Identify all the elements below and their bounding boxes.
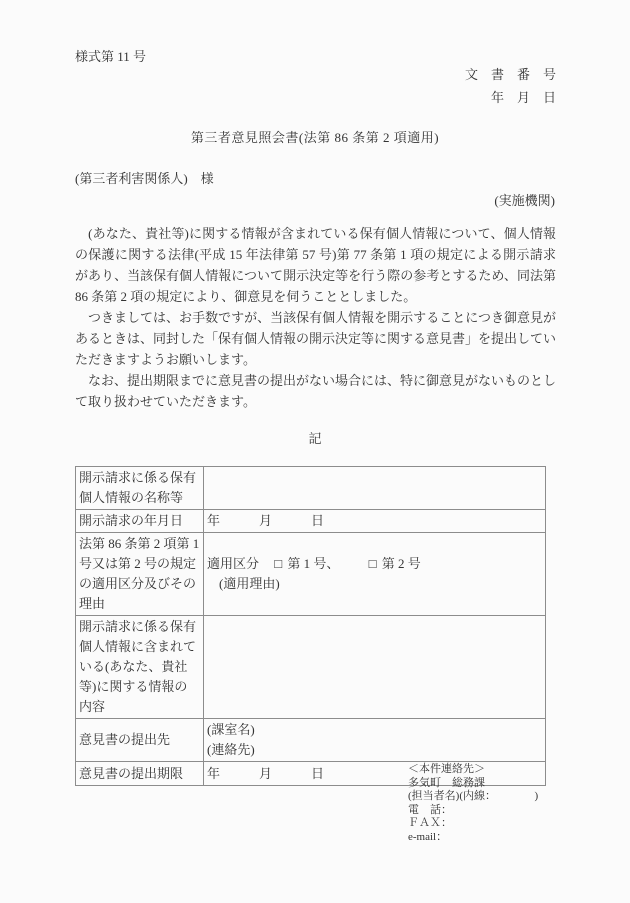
row-label: 意見書の提出期限	[76, 762, 204, 786]
paragraph-3: なお、提出期限までに意見書の提出がない場合には、特に御意見がないものとして取り扱…	[75, 370, 556, 412]
row-label: 法第 86 条第 2 項第 1 号又は第 2 号の規定の適用区分及びその理由	[76, 533, 204, 616]
contact-person: (担当者名)(内線： )	[408, 790, 538, 804]
request-info-table: 開示請求に係る保有個人情報の名称等 開示請求の年月日 年 月 日 法第 86 条…	[75, 466, 546, 786]
date-placeholder: 年 月 日	[491, 87, 556, 106]
section-name-label: (課室名)	[207, 720, 542, 740]
contact-label: (連絡先)	[207, 740, 542, 760]
document-page: 様式第 11 号 文 書 番 号 年 月 日 第三者意見照会書(法第 86 条第…	[0, 0, 630, 903]
addressee-line: (第三者利害関係人) 様	[75, 168, 214, 187]
paragraph-2: つきましては、お手数ですが、当該保有個人情報を開示することにつき御意見があるとき…	[75, 307, 556, 370]
contact-office: 多気町 総務課	[408, 777, 538, 791]
body-text: (あなた、貴社等)に関する情報が含まれている保有個人情報について、個人情報の保護…	[75, 223, 556, 412]
row-value	[204, 616, 546, 719]
row-label: 開示請求に係る保有個人情報の名称等	[76, 467, 204, 510]
checkbox-clause1-icon: □	[274, 556, 282, 571]
row-value: 適用区分 □ 第 1 号、 □ 第 2 号 (適用理由)	[204, 533, 546, 616]
contact-fax: ＦＡＸ：	[408, 817, 538, 831]
contact-block: ＜本件連絡先＞ 多気町 総務課 (担当者名)(内線： ) 電 話： ＦＡＸ： e…	[408, 763, 538, 844]
row-value-date: 年 月 日	[204, 510, 546, 533]
category-label: 適用区分	[207, 556, 259, 571]
table-row-applicable-clause: 法第 86 条第 2 項第 1 号又は第 2 号の規定の適用区分及びその理由 適…	[76, 533, 546, 616]
row-label: 開示請求に係る保有個人情報に含まれている(あなた、貴社等)に関する情報の内容	[76, 616, 204, 719]
clause1-label: 第 1 号、	[287, 556, 339, 571]
checkbox-clause2-icon: □	[369, 556, 377, 571]
row-value	[204, 467, 546, 510]
form-number: 様式第 11 号	[75, 46, 146, 65]
contact-email: e-mail：	[408, 831, 538, 845]
paragraph-1: (あなた、貴社等)に関する情報が含まれている保有個人情報について、個人情報の保護…	[75, 223, 556, 307]
table-row-submit-to: 意見書の提出先 (課室名) (連絡先)	[76, 719, 546, 762]
contact-tel: 電 話：	[408, 804, 538, 818]
row-value: (課室名) (連絡先)	[204, 719, 546, 762]
table-row-held-info-name: 開示請求に係る保有個人情報の名称等	[76, 467, 546, 510]
reason-label: (適用理由)	[207, 574, 542, 594]
contact-heading: ＜本件連絡先＞	[408, 763, 538, 777]
clause-options-line: 適用区分 □ 第 1 号、 □ 第 2 号	[207, 554, 542, 574]
table-row-request-date: 開示請求の年月日 年 月 日	[76, 510, 546, 533]
record-mark: 記	[0, 428, 630, 447]
row-label: 開示請求の年月日	[76, 510, 204, 533]
doc-number-label: 文 書 番 号	[465, 64, 556, 83]
clause2-label: 第 2 号	[382, 556, 421, 571]
row-label: 意見書の提出先	[76, 719, 204, 762]
page-title: 第三者意見照会書(法第 86 条第 2 項適用)	[0, 127, 630, 146]
issuer-line: (実施機関)	[494, 190, 555, 209]
table-row-info-content: 開示請求に係る保有個人情報に含まれている(あなた、貴社等)に関する情報の内容	[76, 616, 546, 719]
